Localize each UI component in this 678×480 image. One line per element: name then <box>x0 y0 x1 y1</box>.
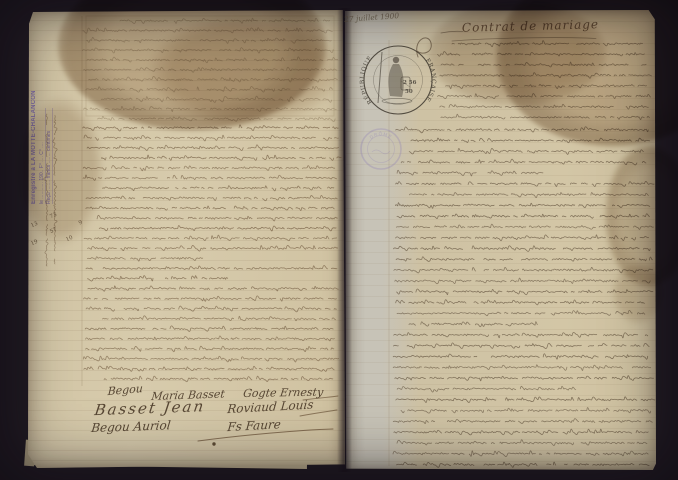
signature-begou-auriol: Begou Auriol <box>91 418 172 435</box>
registration-stamp: Enregistré à LA MOTTE-CHALANCON le .....… <box>31 100 71 204</box>
manuscript-page-right <box>345 10 656 470</box>
registration-stamp-line3: Reçu ........ francs ........ centimes <box>46 108 53 204</box>
document-scan: Enregistré à LA MOTTE-CHALANCON le .....… <box>0 0 678 480</box>
registration-stamp-line1: Enregistré à LA MOTTE-CHALANCON <box>31 100 39 204</box>
signature-fs-faure: Fs Faure <box>227 417 282 434</box>
registration-stamp-line2: le ............ 190.. F° .... C° .... <box>39 108 46 204</box>
